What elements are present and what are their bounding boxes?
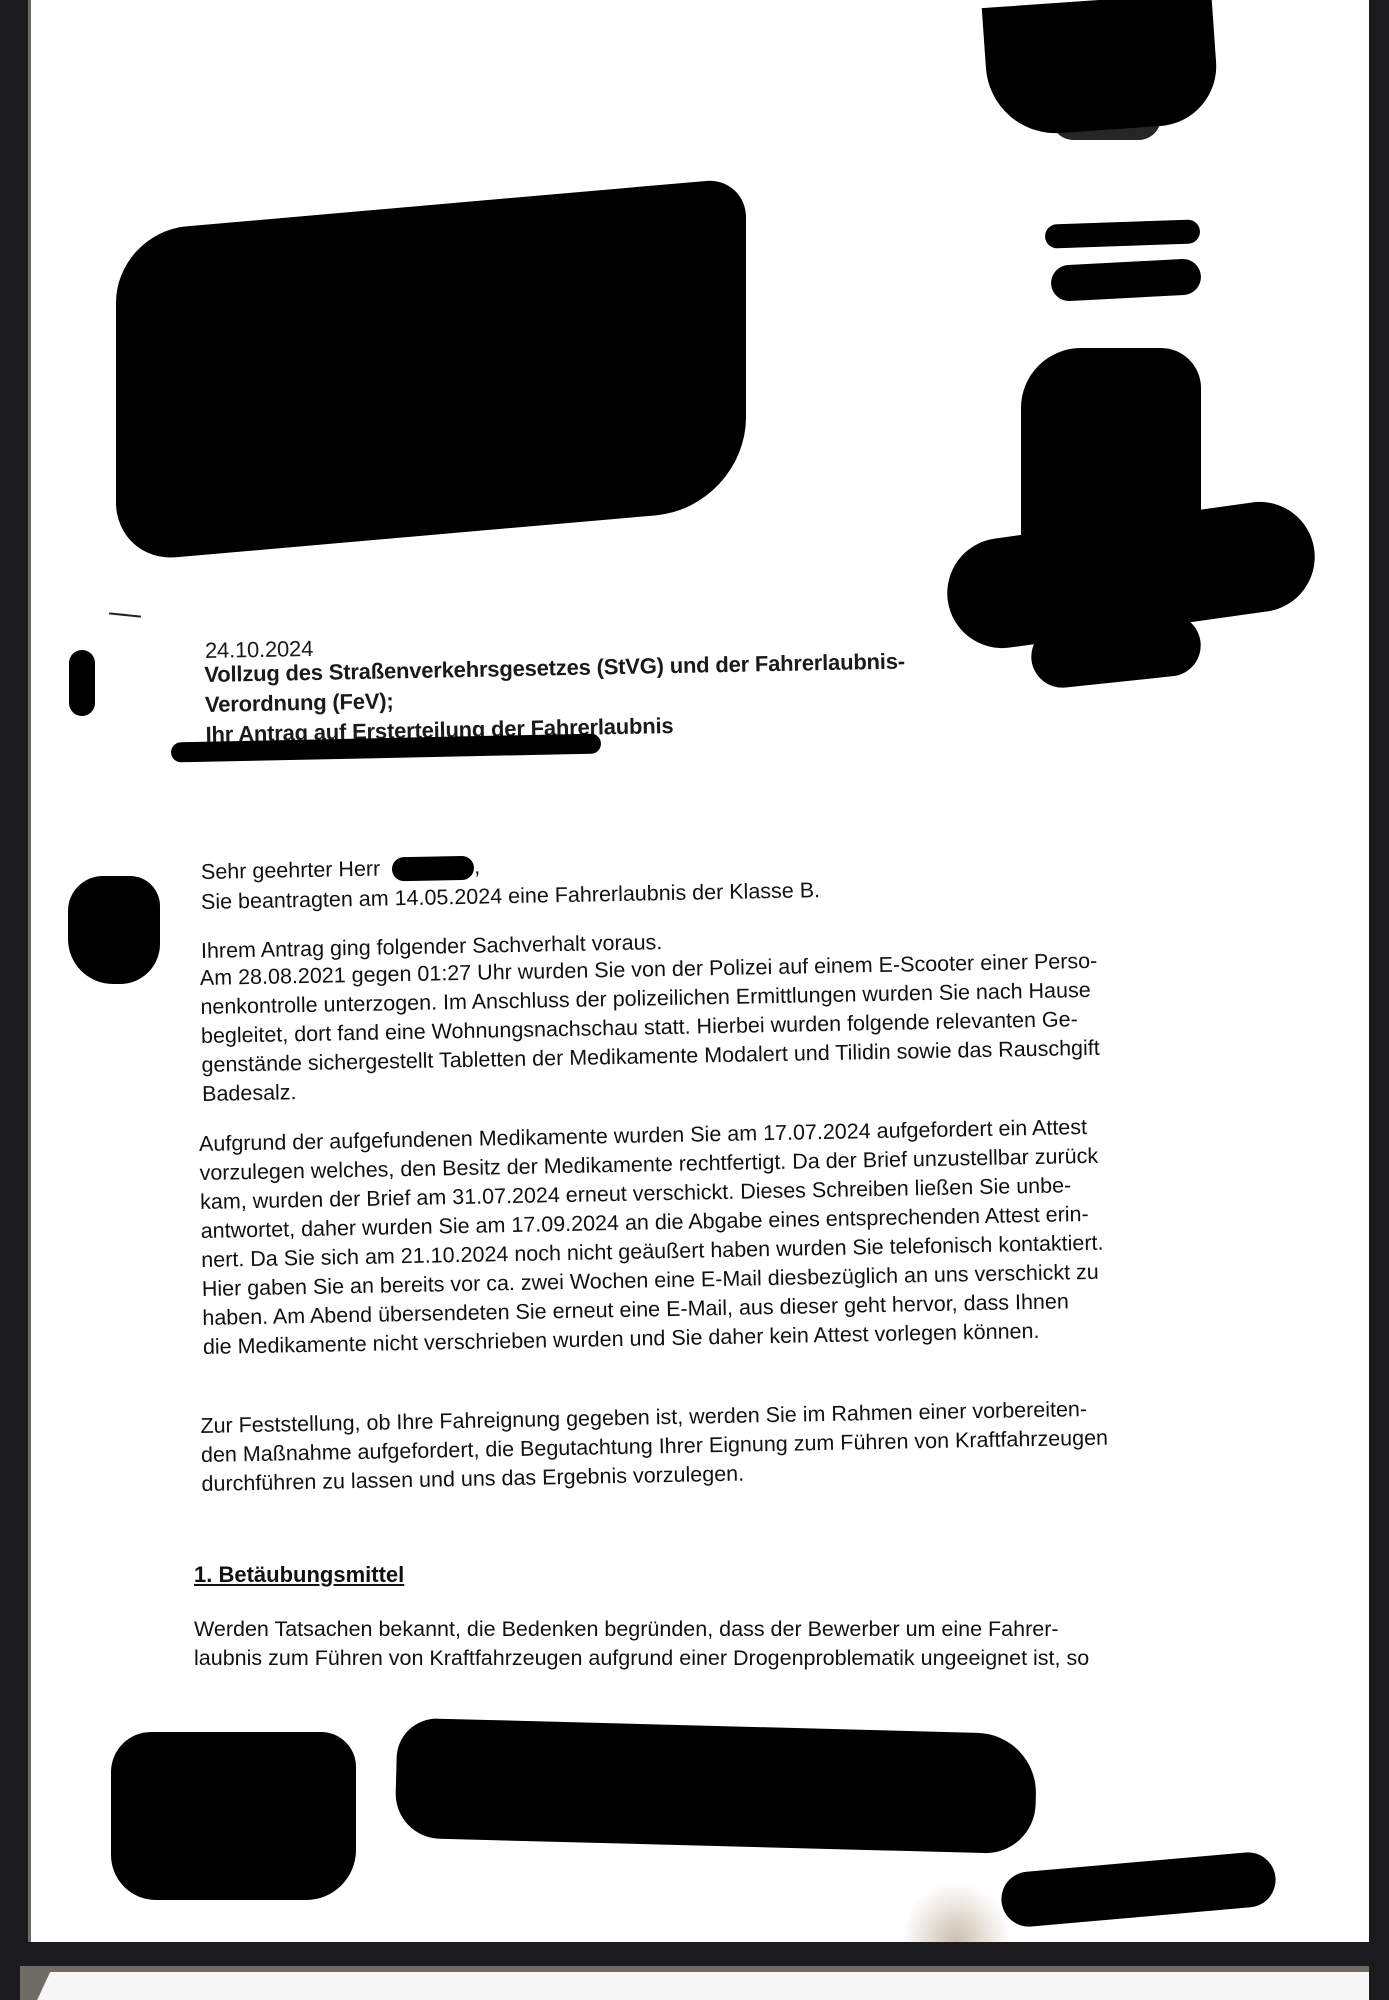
- redaction-margin-2: [68, 876, 160, 984]
- redaction-footer-center: [395, 1718, 1038, 1855]
- redaction-footer-right: [999, 1850, 1278, 1929]
- redaction-recipient-2: [1050, 258, 1202, 302]
- redaction-name: [392, 856, 474, 882]
- salutation-text: Sehr geehrter Herr: [201, 857, 381, 884]
- letter-subject: Vollzug des Straßenverkehrsgesetzes (StV…: [204, 644, 1026, 750]
- letter-page: 24.10.2024 Vollzug des Straßenverkehrsge…: [28, 0, 1369, 1942]
- next-page-edge: [20, 1966, 1369, 2000]
- section-heading: 1. Betäubungsmittel: [194, 1562, 404, 1588]
- redaction-footer-left: [111, 1732, 356, 1900]
- redaction-sender-address: [116, 177, 746, 562]
- margin-mark: [109, 612, 141, 617]
- redaction-recipient-1: [1045, 219, 1201, 248]
- paragraph-sachverhalt: Am 28.08.2021 gegen 01:27 Uhr wurden Sie…: [200, 944, 1253, 1109]
- paragraph-begutachtung: Zur Feststellung, ob Ihre Fahreignung ge…: [200, 1392, 1251, 1499]
- paper-stain: [901, 1882, 1011, 1942]
- paragraph-attest: Aufgrund der aufgefundenen Medikamente w…: [199, 1110, 1253, 1362]
- redaction-margin-1: [69, 650, 95, 716]
- paragraph-betaeubungsmittel: Werden Tatsachen bekannt, die Bedenken b…: [194, 1615, 1244, 1673]
- redaction-top-right-lower: [1051, 95, 1161, 140]
